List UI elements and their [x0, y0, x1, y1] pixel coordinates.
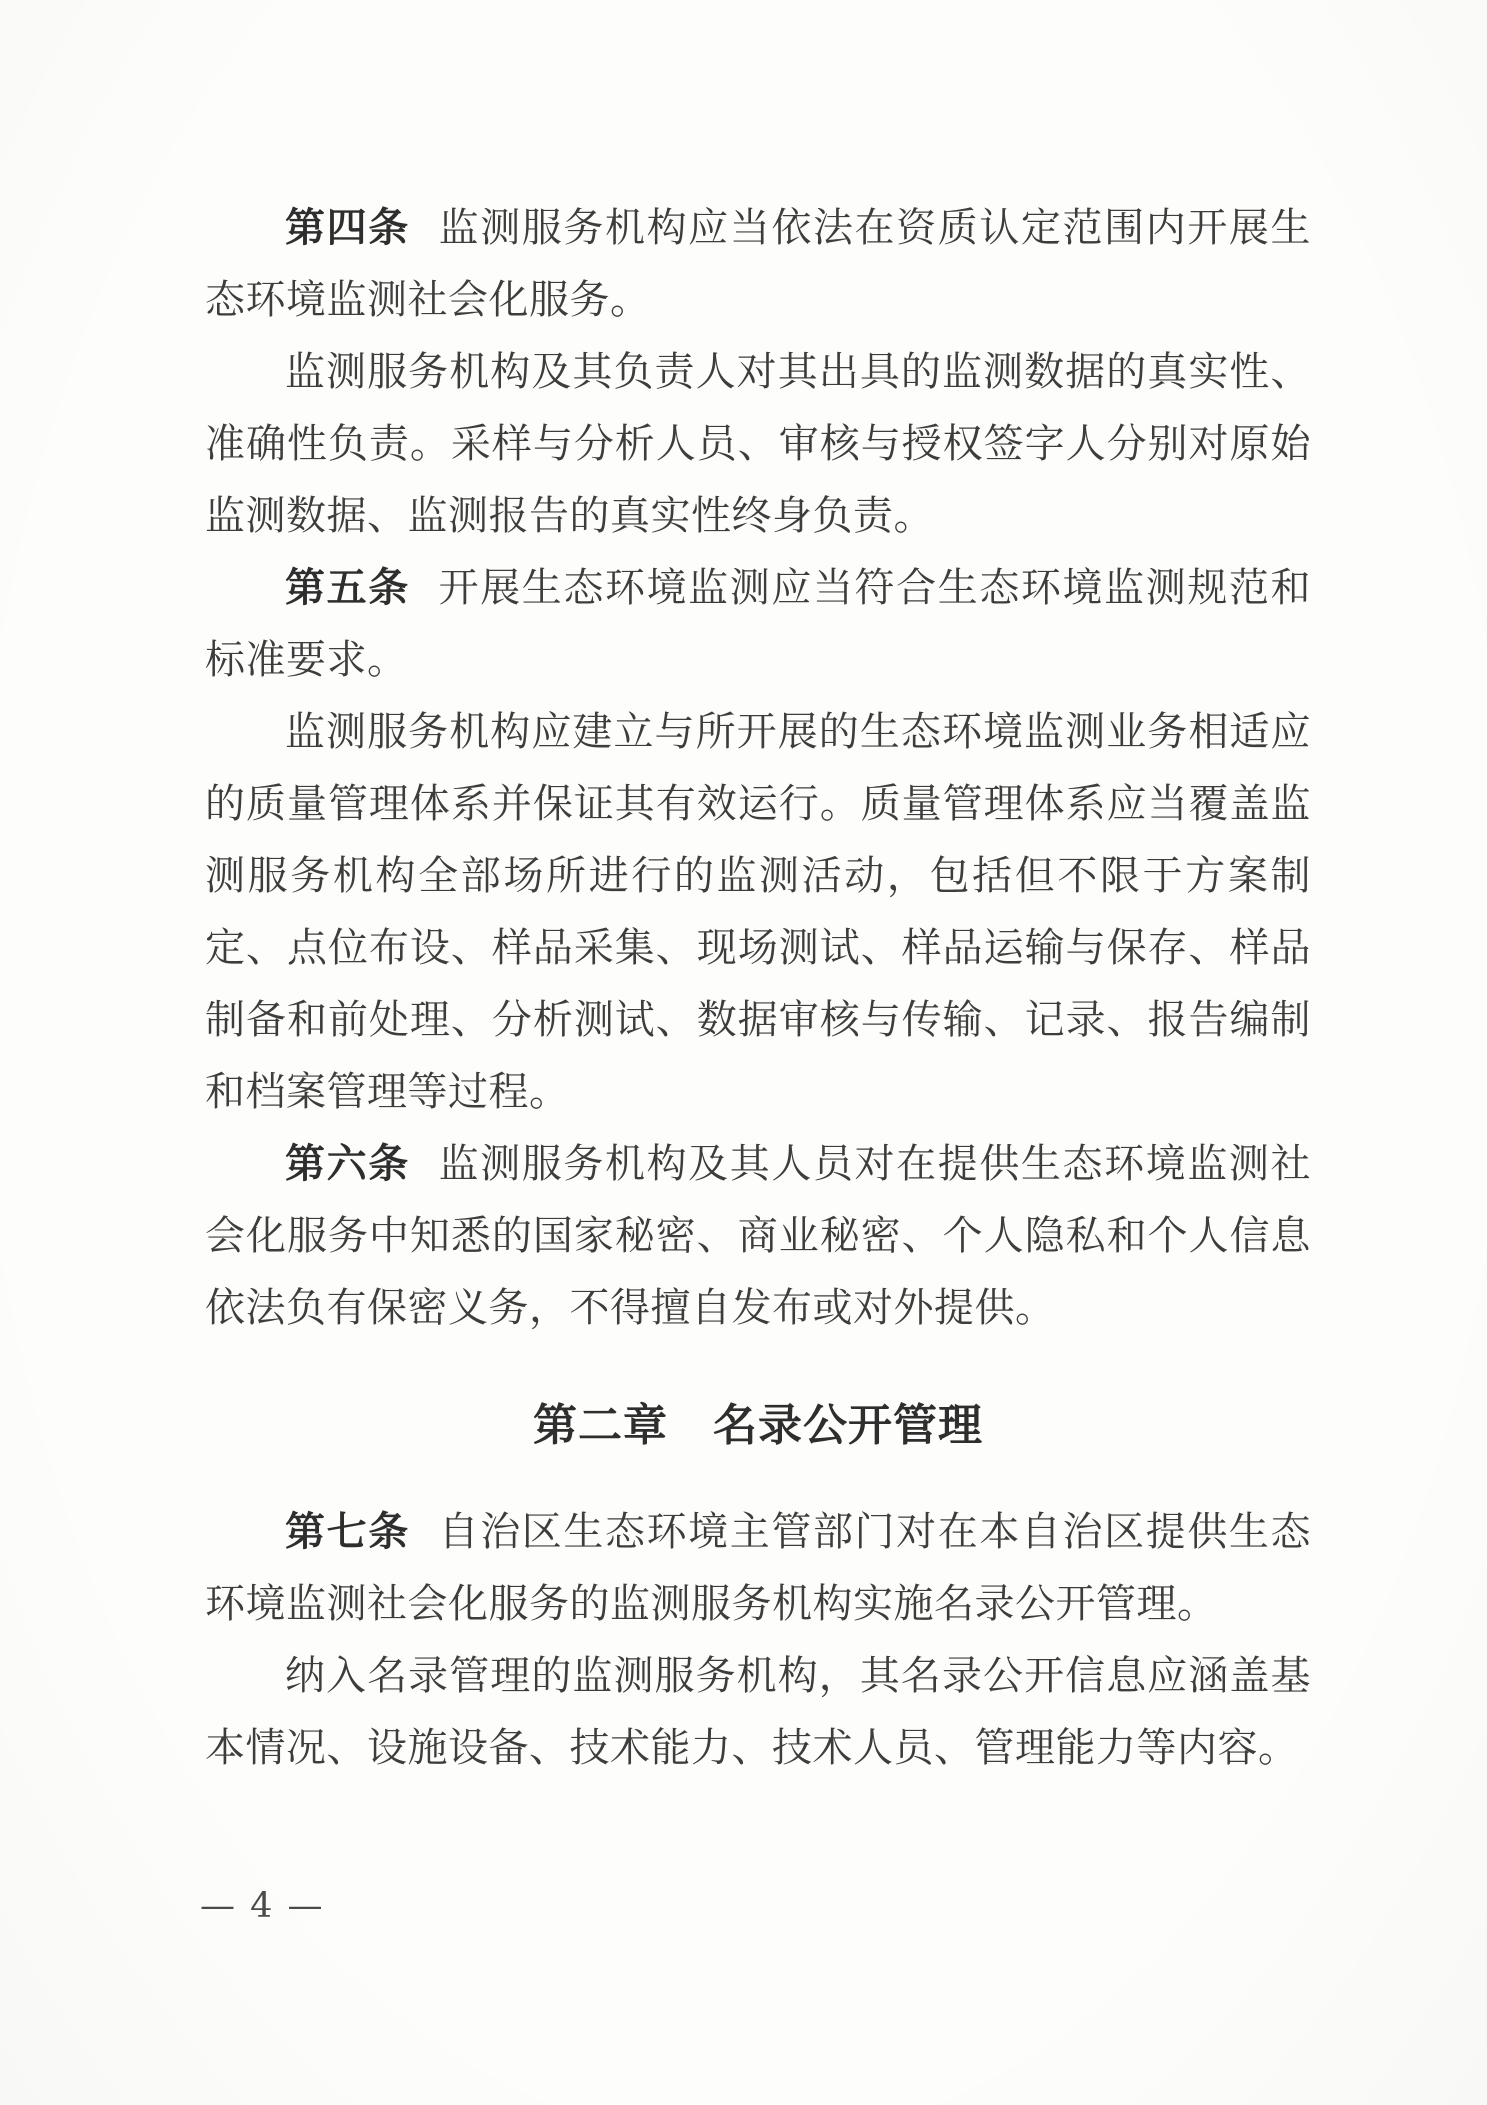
paragraph-article-6: 第六条监测服务机构及其人员对在提供生态环境监测社会化服务中知悉的国家秘密、商业秘…	[205, 1128, 1311, 1344]
paragraph-article-7-directory: 纳入名录管理的监测服务机构，其名录公开信息应涵盖基本情况、设施设备、技术能力、技…	[205, 1640, 1311, 1784]
document-page: 第四条监测服务机构应当依法在资质认定范围内开展生态环境监测社会化服务。 监测服务…	[0, 0, 1487, 2105]
article-5-quality-text: 监测服务机构应建立与所开展的生态环境监测业务相适应的质量管理体系并保证其有效运行…	[205, 709, 1311, 1115]
article-4-label: 第四条	[285, 205, 410, 251]
paragraph-article-7: 第七条自治区生态环境主管部门对在本自治区提供生态环境监测社会化服务的监测服务机构…	[205, 1496, 1311, 1640]
article-5-label: 第五条	[285, 565, 410, 611]
paragraph-article-5-quality: 监测服务机构应建立与所开展的生态环境监测业务相适应的质量管理体系并保证其有效运行…	[205, 696, 1311, 1128]
paragraph-article-5: 第五条开展生态环境监测应当符合生态环境监测规范和标准要求。	[205, 552, 1311, 696]
article-4-duty-text: 监测服务机构及其负责人对其出具的监测数据的真实性、准确性负责。采样与分析人员、审…	[205, 349, 1311, 539]
page-number: — 4 —	[200, 1884, 325, 1928]
paragraph-article-4: 第四条监测服务机构应当依法在资质认定范围内开展生态环境监测社会化服务。	[205, 192, 1311, 336]
paragraph-article-4-duty: 监测服务机构及其负责人对其出具的监测数据的真实性、准确性负责。采样与分析人员、审…	[205, 336, 1311, 552]
article-7-directory-text: 纳入名录管理的监测服务机构，其名录公开信息应涵盖基本情况、设施设备、技术能力、技…	[205, 1653, 1311, 1771]
chapter-2-heading: 第二章 名录公开管理	[205, 1390, 1311, 1462]
document-body: 第四条监测服务机构应当依法在资质认定范围内开展生态环境监测社会化服务。 监测服务…	[205, 192, 1311, 1784]
article-6-label: 第六条	[285, 1141, 410, 1187]
article-7-label: 第七条	[285, 1509, 410, 1555]
